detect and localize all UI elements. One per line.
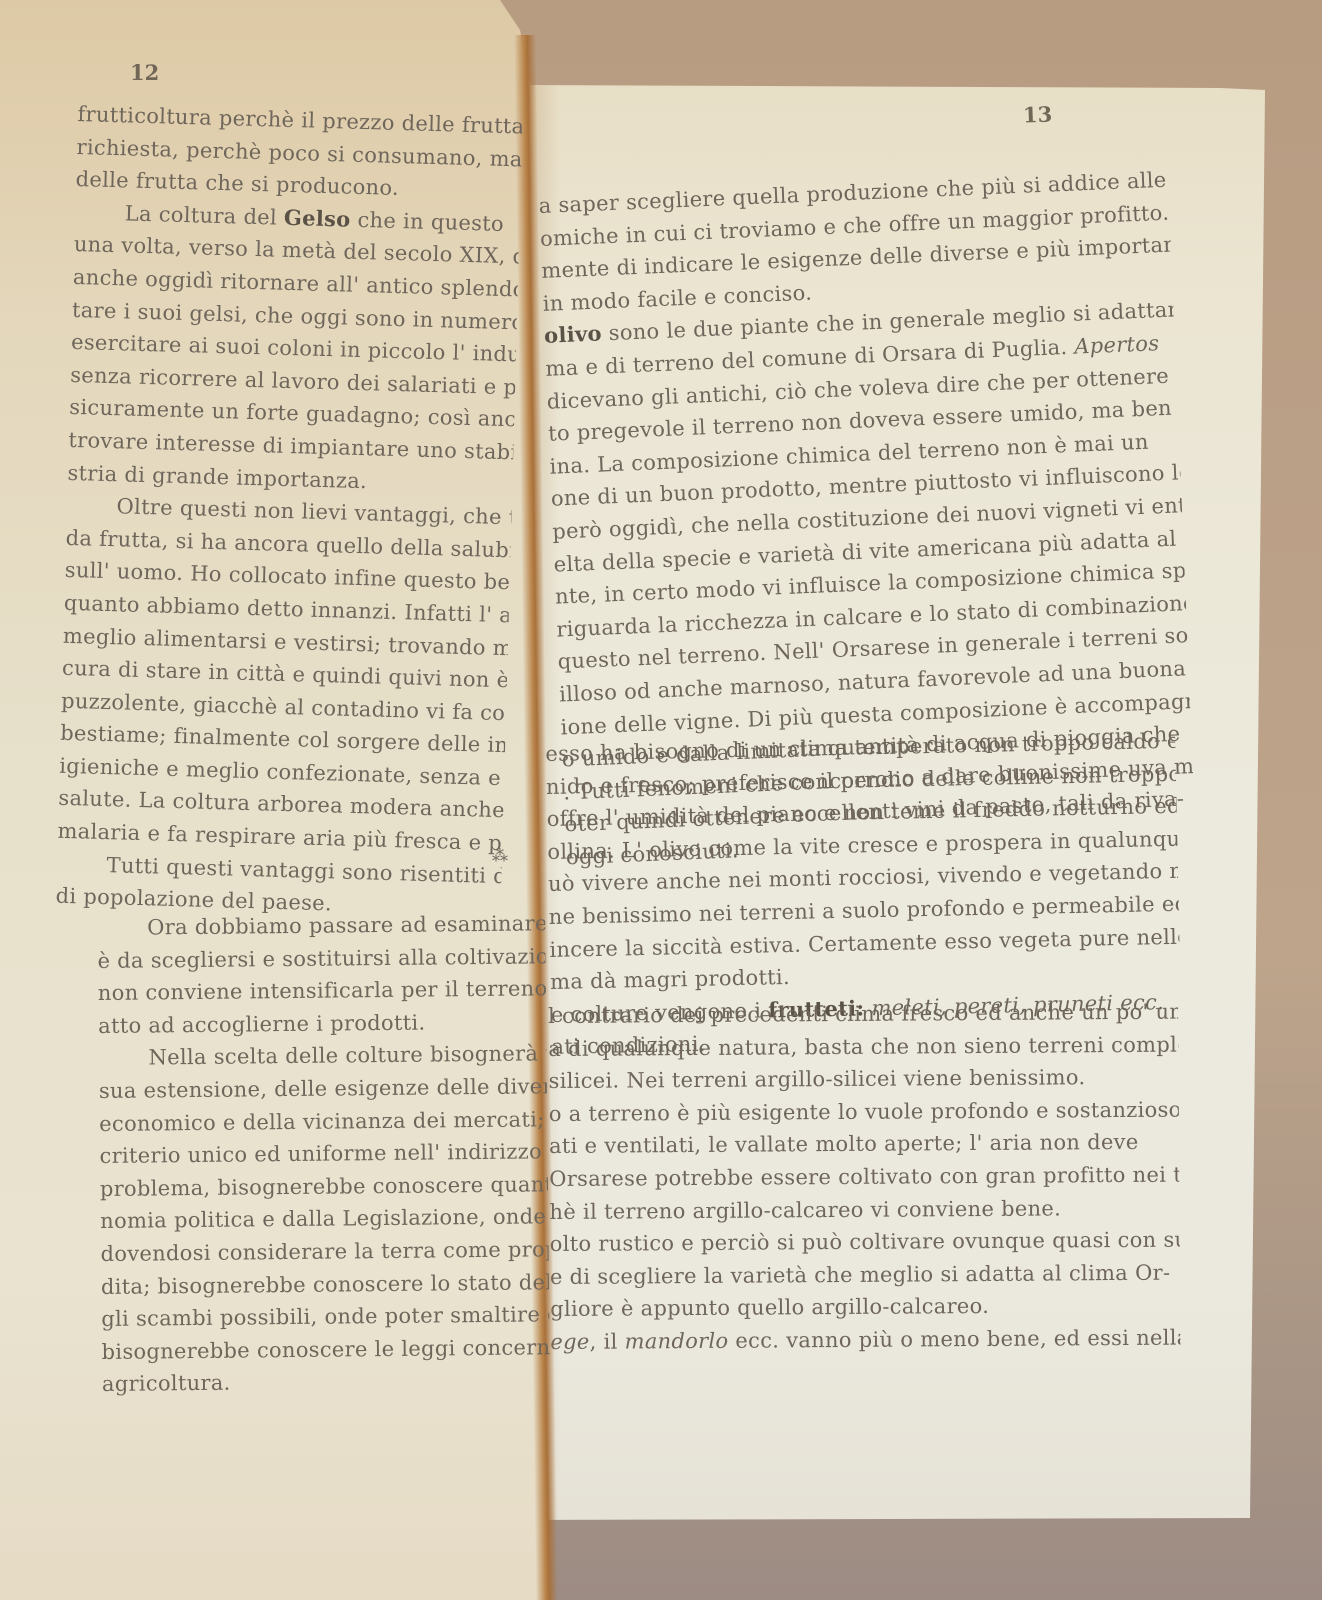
text-span: La coltura del [124,201,284,229]
text-line: problema, bisognerebbe conoscere quanto … [100,1168,548,1205]
italic-term: ege [550,1330,589,1354]
text-line: Orsarese potrebbe essere coltivato con g… [549,1159,1179,1196]
text-span: , il [590,1329,625,1353]
text-line: economico e della vicinanza dei mercati;… [99,1103,547,1140]
text-line: bisognerebbe conoscere le leggi concerne… [101,1331,549,1368]
text-line: dita; bisognerebbe conoscere lo stato de… [101,1266,549,1303]
left-page-text-bottom: Ora dobbiamo passare ad esaminare bene è… [97,907,550,1401]
text-line: l contrario dei precedenti clima fresco … [548,996,1178,1033]
text-line: o a terreno è più esigente lo vuole prof… [549,1093,1179,1130]
text-line: ege, il mandorlo ecc. vanno più o meno b… [550,1322,1180,1359]
text-line: silicei. Nei terreni argillo-silicei vie… [548,1061,1178,1098]
text-line: nomia politica e dalla Legislazione, ond… [100,1201,548,1238]
text-line: Ora dobbiamo passare ad esaminare bene [97,907,545,944]
text-line: non conviene intensificarla per il terre… [98,972,546,1009]
italic-term-mandorlo: mandorlo [624,1329,728,1354]
text-span: che in questo [350,207,504,235]
text-line: atto ad accoglierne i prodotti. [98,1005,546,1042]
text-span: ecc. vanno più o meno bene, ed essi nell… [728,1325,1180,1352]
text-line: ati e ventilati, le vallate molto aperte… [549,1126,1179,1163]
text-line: criterio unico ed uniforme nell' indiriz… [99,1135,547,1172]
page-number-right: 13 [1023,101,1053,127]
text-line: sua estensione, delle esigenze delle div… [99,1070,547,1107]
page-number-left: 12 [130,60,159,85]
italic-term: Apertos [1074,331,1160,359]
text-line: è da scegliersi e sostituirsi alla colti… [97,940,545,977]
text-line: agricoltura. [102,1364,550,1401]
text-line: gli scambi possibili, onde poter smaltir… [101,1298,549,1335]
text-line: Nella scelta delle colture bisognerà ten [98,1038,546,1075]
text-line: e di scegliere la varietà che meglio si … [550,1256,1180,1293]
text-line: olto rustico e perciò si può coltivare o… [550,1224,1180,1261]
text-line: dovendosi considerare la terra come prop… [100,1233,548,1270]
right-page-text-bottom: l contrario dei precedenti clima fresco … [548,996,1180,1359]
left-page-text-top: frutticoltura perchè il prezzo delle fru… [55,98,523,925]
text-line: gliore è appunto quello argillo-calcareo… [550,1289,1180,1326]
text-line: hè il terreno argillo-calcareo vi convie… [549,1191,1179,1228]
text-line: a di qualunque natura, basta che non sie… [548,1028,1178,1065]
section-asterism: ⁂ [492,851,508,861]
bold-term-gelso: Gelso [284,205,351,232]
bold-term-olivo: olivo [544,321,603,348]
